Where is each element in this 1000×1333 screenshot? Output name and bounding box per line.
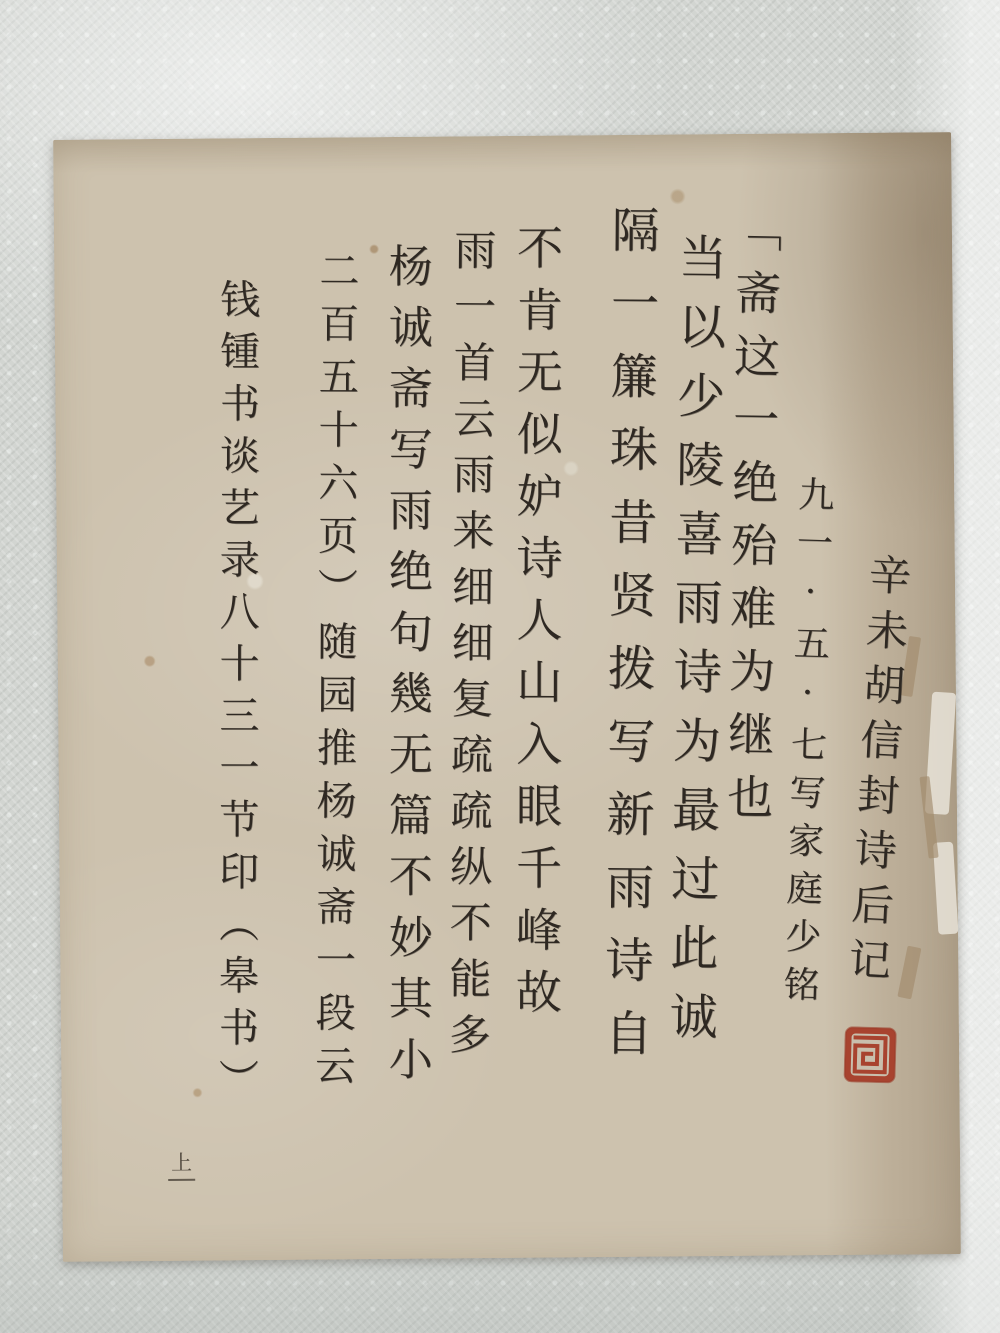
text-column-4: 雨一首云雨来细细复疏疏纵不能多 xyxy=(437,228,503,1068)
page-marker: 上 xyxy=(168,1147,195,1181)
red-seal xyxy=(843,1026,896,1083)
text-column-5: 不肯无似妒诗人山入眼千峰故 xyxy=(503,224,570,1030)
manuscript-paper: 钱锺书谈艺录八十三一节印（皋书） 二百五十六页）随园推杨诚斋一段云 杨诚斋写雨绝… xyxy=(53,132,961,1262)
text-column-2: 二百五十六页）随园推杨诚斋一段云 xyxy=(304,249,365,1097)
text-column-6: 隔一簾珠昔贤拨写新雨诗自 xyxy=(590,205,667,1082)
stain-mark xyxy=(897,946,921,1000)
text-column-3: 杨诚斋写雨绝句幾无篇不妙其小 xyxy=(374,243,438,1097)
text-column-1-source-citation: 钱锺书谈艺录八十三一节印（皋书） xyxy=(207,278,265,1110)
seal-icon xyxy=(843,1026,896,1083)
text-column-8: 「斋这一绝殆难为继也 xyxy=(714,205,790,836)
manuscript-photo: { "photo": { "description": "Photograph … xyxy=(0,0,1000,1333)
colophon-title-column: 辛未胡信封诗后记 xyxy=(835,552,918,995)
